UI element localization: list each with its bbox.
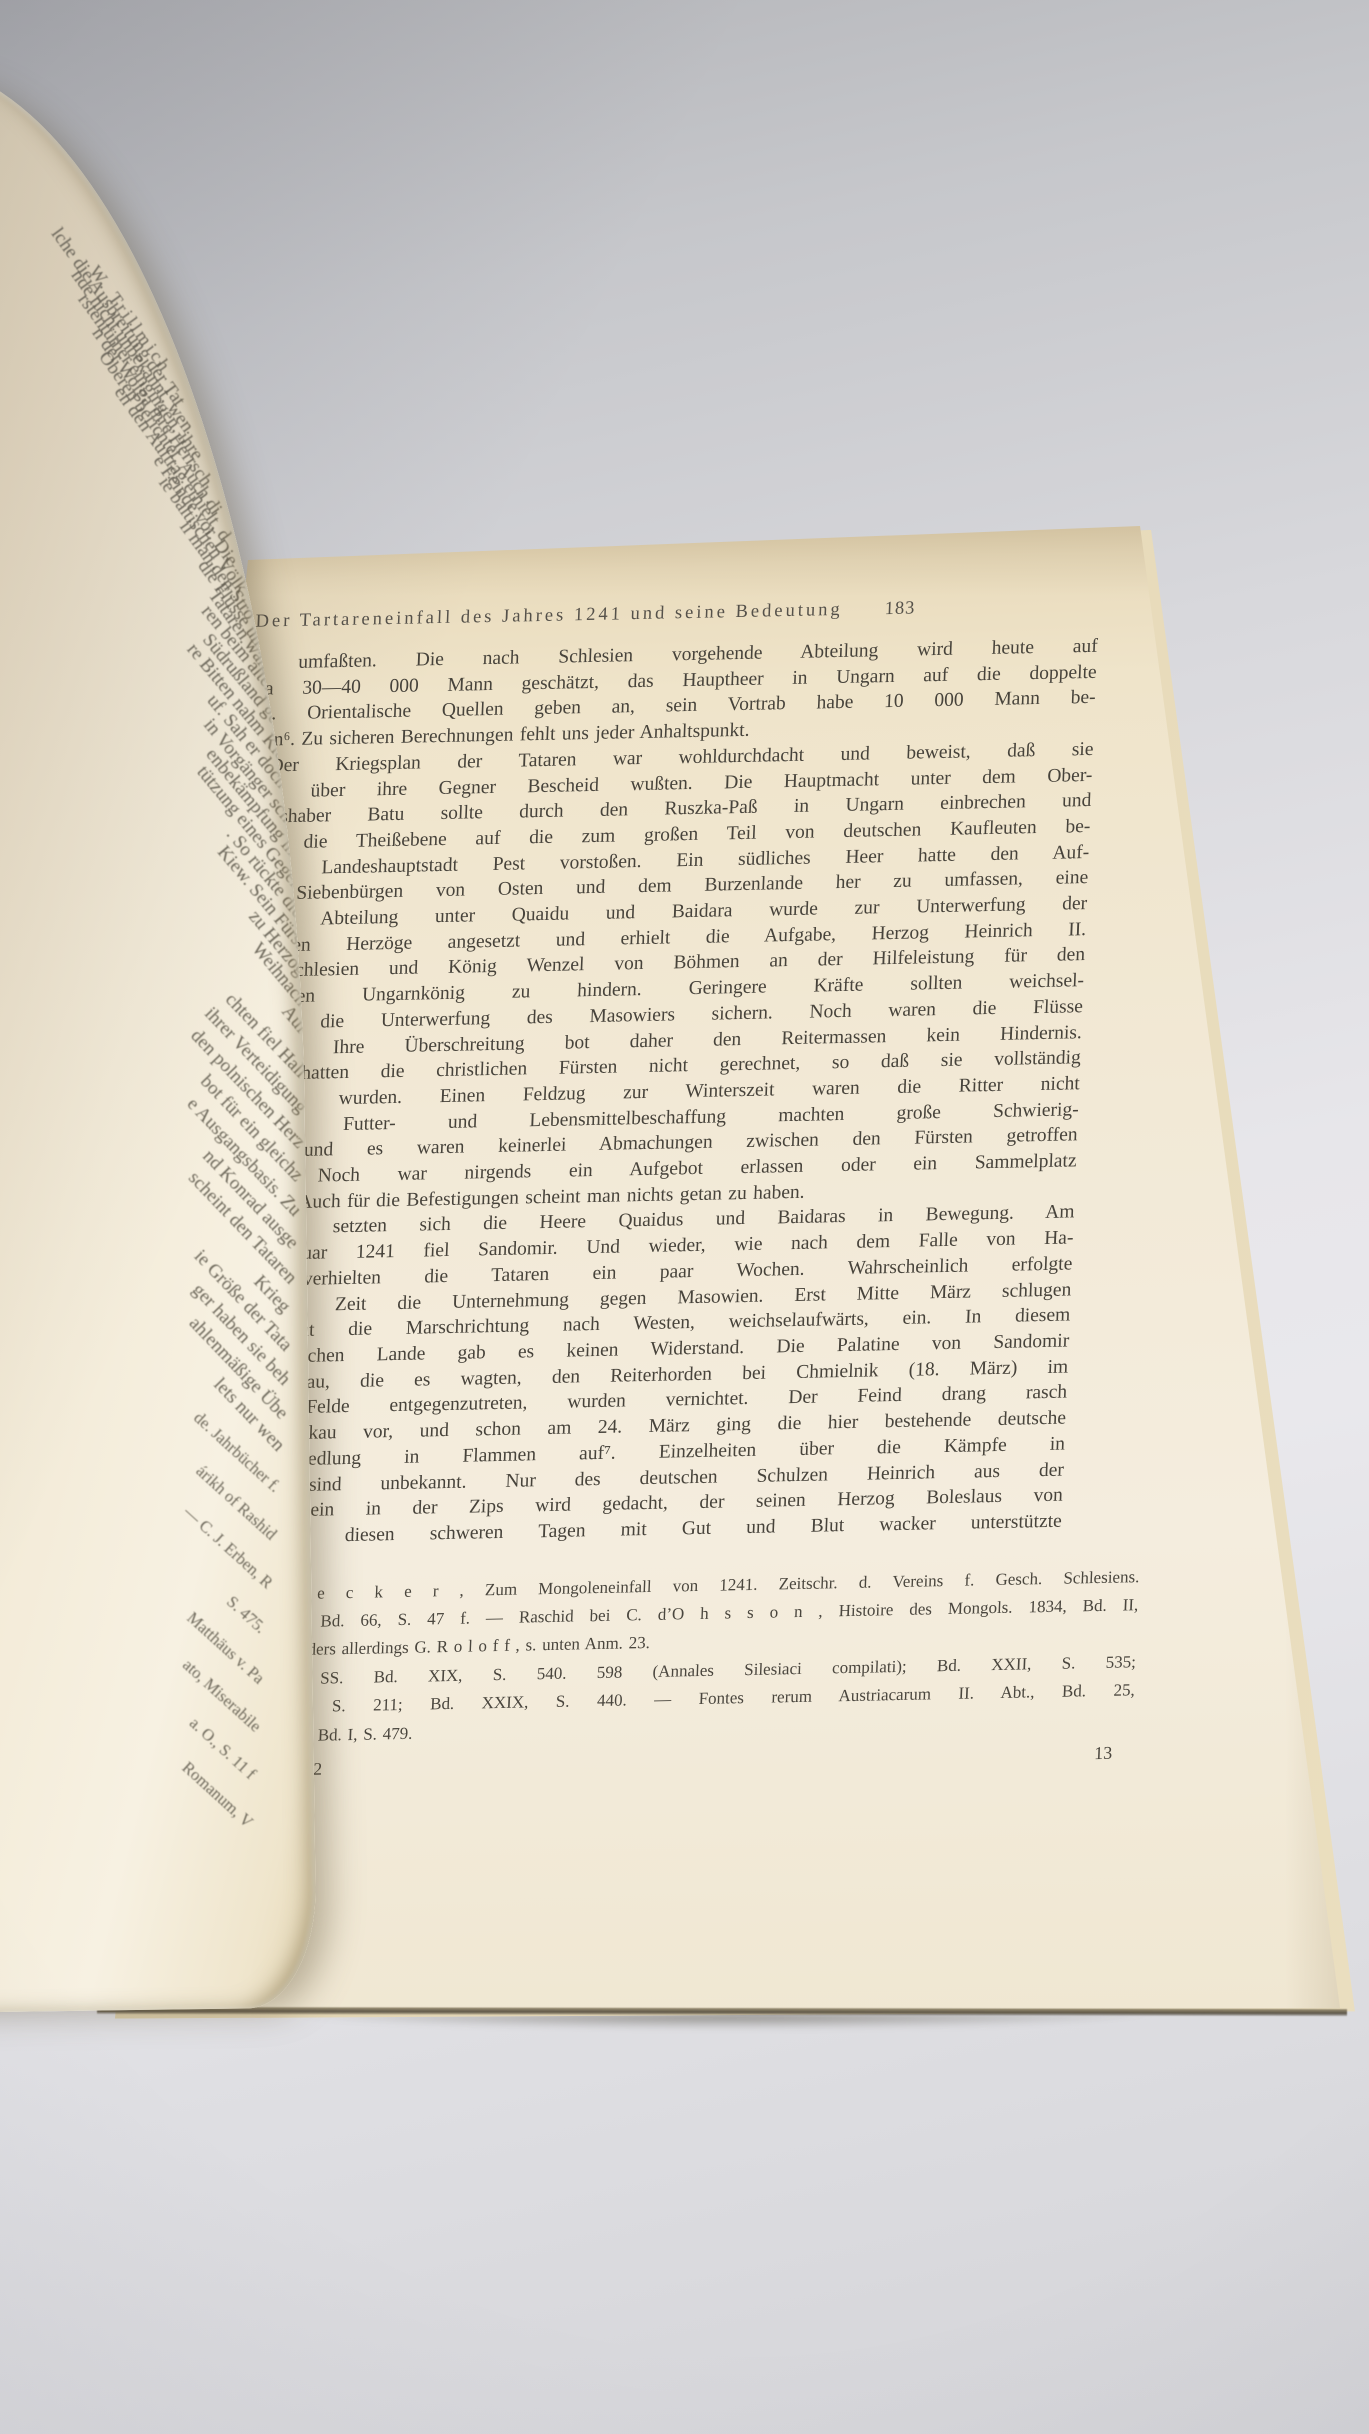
book-photo: Der Tartareneinfall des Jahres 1241 und … <box>0 0 1369 2434</box>
page-number: 183 <box>884 598 916 620</box>
left-page-text-block: ren beim alten niSüdrußland geblire Bitt… <box>0 58 290 64</box>
left-page-text-block: de. Jahrbücher f.árikh of Rashid— C. J. … <box>0 58 290 64</box>
body-text: fer umfaßten. Die nach Schlesien vorgehe… <box>201 634 1098 1552</box>
left-page-text-block: W. Trillmichlche die Ausbreitung der Tat… <box>0 58 290 64</box>
book-page-left: W. Trillmichlche die Ausbreitung der Tat… <box>0 58 317 2014</box>
running-header: Der Tartareneinfall des Jahres 1241 und … <box>255 596 1056 633</box>
chapter-title: Der Tartareneinfall des Jahres 1241 und … <box>255 600 843 633</box>
right-page-text: Der Tartareneinfall des Jahres 1241 und … <box>192 592 1220 1782</box>
sheet-number: 13 <box>1094 1743 1113 1764</box>
left-page-text-block: chten fiel Haliihrer Verteidigungden pol… <box>0 58 290 64</box>
footnotes: ⁶ J. B e c k e r , Zum Mongoleneinfall v… <box>193 1563 1140 1752</box>
left-page-text-fragment: S. 475. <box>222 1592 270 1638</box>
